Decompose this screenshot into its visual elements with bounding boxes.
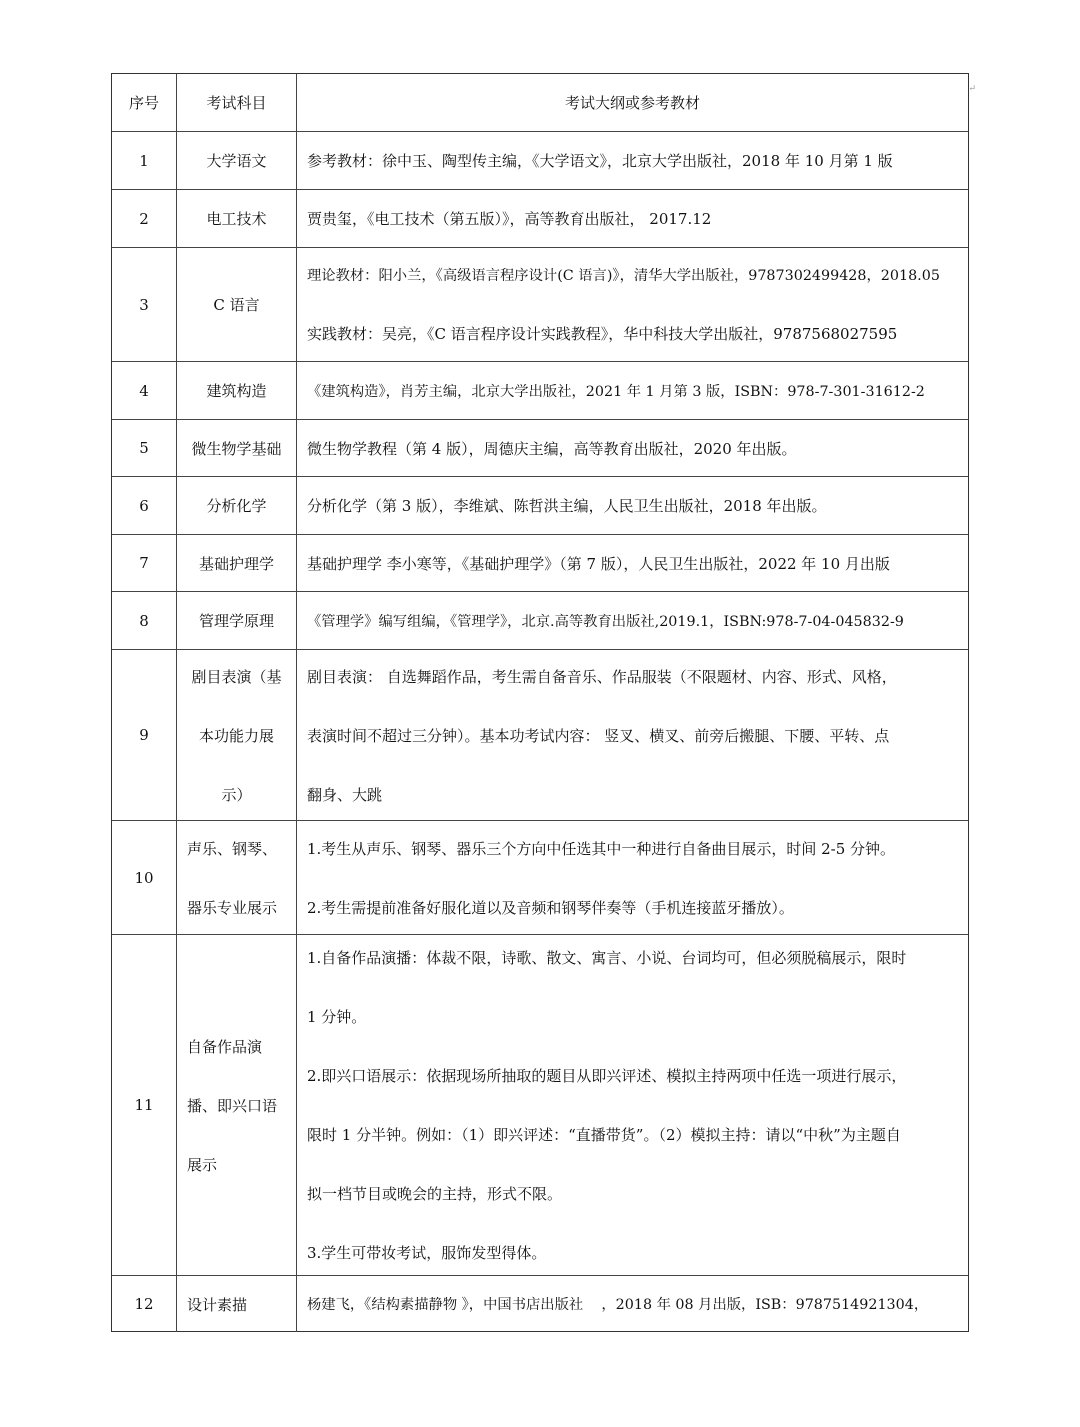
- row-desc: 基础护理学 李小寒等，《基础护理学》（第 7 版），人民卫生出版社，2022 年…: [297, 535, 968, 591]
- row-subject: 基础护理学: [177, 535, 297, 591]
- table-row: 10 声乐、钢琴、 器乐专业展示 1.考生从声乐、钢琴、器乐三个方向中任选其中一…: [112, 821, 968, 935]
- row-no: 1: [112, 132, 177, 189]
- desc-line: 1 分钟。: [307, 1006, 366, 1027]
- row-desc: 剧目表演： 自选舞蹈作品，考生需自备音乐、作品服装（不限题材、内容、形式、风格，…: [297, 650, 968, 820]
- row-subject: C 语言: [177, 248, 297, 361]
- table-row: 1 大学语文 参考教材：徐中玉、陶型传主编，《大学语文》，北京大学出版社，201…: [112, 132, 968, 190]
- subject-line: 器乐专业展示: [187, 897, 277, 918]
- desc-line: 翻身、大跳: [307, 784, 382, 805]
- header-subject: 考试科目: [177, 74, 297, 131]
- table-row: 4 建筑构造 《建筑构造》，肖芳主编，北京大学出版社，2021 年 1 月第 3…: [112, 362, 968, 420]
- row-desc: 1.自备作品演播：体裁不限，诗歌、散文、寓言、小说、台词均可，但必须脱稿展示，限…: [297, 935, 968, 1275]
- row-no: 10: [112, 821, 177, 934]
- desc-line: 1.自备作品演播：体裁不限，诗歌、散文、寓言、小说、台词均可，但必须脱稿展示，限…: [307, 947, 906, 968]
- row-no: 3: [112, 248, 177, 361]
- desc-line: 2.考生需提前准备好服化道以及音频和钢琴伴奏等（手机连接蓝牙播放）。: [307, 897, 794, 918]
- syllabus-table: 序号 考试科目 考试大纲或参考教材 ↵ 1 大学语文 参考教材：徐中玉、陶型传主…: [111, 73, 969, 1332]
- subject-line: 声乐、钢琴、: [187, 838, 277, 859]
- desc-line: 理论教材：阳小兰，《高级语言程序设计(C 语言)》，清华大学出版社，978730…: [307, 265, 940, 285]
- subject-line: 展示: [187, 1154, 217, 1175]
- row-subject: 自备作品演 播、即兴口语 展示: [177, 935, 297, 1275]
- desc-line: 表演时间不超过三分钟）。基本功考试内容： 竖叉、横叉、前旁后搬腿、下腰、平转、点: [307, 725, 889, 746]
- row-subject: 大学语文: [177, 132, 297, 189]
- header-no: 序号: [112, 74, 177, 131]
- row-subject: 微生物学基础: [177, 420, 297, 476]
- table-row: 6 分析化学 分析化学（第 3 版），李维斌、陈哲洪主编，人民卫生出版社，201…: [112, 477, 968, 535]
- row-no: 8: [112, 592, 177, 649]
- table-header-row: 序号 考试科目 考试大纲或参考教材 ↵: [112, 74, 968, 132]
- row-desc: 分析化学（第 3 版），李维斌、陈哲洪主编，人民卫生出版社，2018 年出版。: [297, 477, 968, 534]
- row-no: 12: [112, 1276, 177, 1332]
- desc-line: 实践教材：吴亮，《C 语言程序设计实践教程》，华中科技大学出版社，9787568…: [307, 323, 897, 344]
- row-desc: 《建筑构造》，肖芳主编，北京大学出版社，2021 年 1 月第 3 版，ISBN…: [297, 362, 968, 419]
- row-subject: 设计素描: [177, 1276, 297, 1332]
- row-desc: 微生物学教程（第 4 版），周德庆主编，高等教育出版社，2020 年出版。: [297, 420, 968, 476]
- row-desc: 理论教材：阳小兰，《高级语言程序设计(C 语言)》，清华大学出版社，978730…: [297, 248, 968, 361]
- table-row: 3 C 语言 理论教材：阳小兰，《高级语言程序设计(C 语言)》，清华大学出版社…: [112, 248, 968, 362]
- table-row: 8 管理学原理 《管理学》编写组编，《管理学》，北京.高等教育出版社,2019.…: [112, 592, 968, 650]
- row-no: 7: [112, 535, 177, 591]
- desc-line: 限时 1 分半钟。例如：（1）即兴评述：“直播带货”。（2）模拟主持：请以“中秋…: [307, 1124, 901, 1145]
- header-syllabus: 考试大纲或参考教材: [297, 74, 968, 131]
- row-subject: 剧目表演（基 本功能力展 示）: [177, 650, 297, 820]
- row-no: 5: [112, 420, 177, 476]
- row-desc: 参考教材：徐中玉、陶型传主编，《大学语文》，北京大学出版社，2018 年 10 …: [297, 132, 968, 189]
- row-no: 11: [112, 935, 177, 1275]
- row-desc: 杨建飞，《结构素描静物 》，中国书店出版社 ，2018 年 08 月出版，ISB…: [297, 1276, 968, 1332]
- table-row: 7 基础护理学 基础护理学 李小寒等，《基础护理学》（第 7 版），人民卫生出版…: [112, 535, 968, 592]
- row-desc: 1.考生从声乐、钢琴、器乐三个方向中任选其中一种进行自备曲目展示，时间 2-5 …: [297, 821, 968, 934]
- row-no: 2: [112, 190, 177, 247]
- row-subject: 建筑构造: [177, 362, 297, 419]
- subject-line: 自备作品演: [187, 1036, 262, 1057]
- row-no: 9: [112, 650, 177, 820]
- table-row: 12 设计素描 杨建飞，《结构素描静物 》，中国书店出版社 ，2018 年 08…: [112, 1276, 968, 1332]
- subject-line: 剧目表演（基: [191, 666, 281, 687]
- row-subject: 电工技术: [177, 190, 297, 247]
- table-row: 11 自备作品演 播、即兴口语 展示 1.自备作品演播：体裁不限，诗歌、散文、寓…: [112, 935, 968, 1276]
- row-desc: 贾贵玺，《电工技术（第五版）》，高等教育出版社， 2017.12: [297, 190, 968, 247]
- subject-line: 示）: [221, 784, 251, 805]
- row-subject: 分析化学: [177, 477, 297, 534]
- table-row: 5 微生物学基础 微生物学教程（第 4 版），周德庆主编，高等教育出版社，202…: [112, 420, 968, 477]
- row-desc: 《管理学》编写组编，《管理学》，北京.高等教育出版社,2019.1，ISBN:9…: [297, 592, 968, 649]
- desc-line: 3.学生可带妆考试，服饰发型得体。: [307, 1242, 546, 1263]
- table-row: 2 电工技术 贾贵玺，《电工技术（第五版）》，高等教育出版社， 2017.12: [112, 190, 968, 248]
- subject-line: 本功能力展: [199, 725, 274, 746]
- subject-line: 播、即兴口语: [187, 1095, 277, 1116]
- paragraph-mark-icon: ↵: [968, 84, 976, 94]
- desc-line: 1.考生从声乐、钢琴、器乐三个方向中任选其中一种进行自备曲目展示，时间 2-5 …: [307, 838, 895, 859]
- desc-line: 拟一档节目或晚会的主持，形式不限。: [307, 1183, 562, 1204]
- row-no: 6: [112, 477, 177, 534]
- desc-line: 2.即兴口语展示：依据现场所抽取的题目从即兴评述、模拟主持两项中任选一项进行展示…: [307, 1065, 906, 1086]
- row-no: 4: [112, 362, 177, 419]
- row-subject: 声乐、钢琴、 器乐专业展示: [177, 821, 297, 934]
- row-subject: 管理学原理: [177, 592, 297, 649]
- desc-line: 剧目表演： 自选舞蹈作品，考生需自备音乐、作品服装（不限题材、内容、形式、风格，: [307, 666, 897, 687]
- table-row: 9 剧目表演（基 本功能力展 示） 剧目表演： 自选舞蹈作品，考生需自备音乐、作…: [112, 650, 968, 821]
